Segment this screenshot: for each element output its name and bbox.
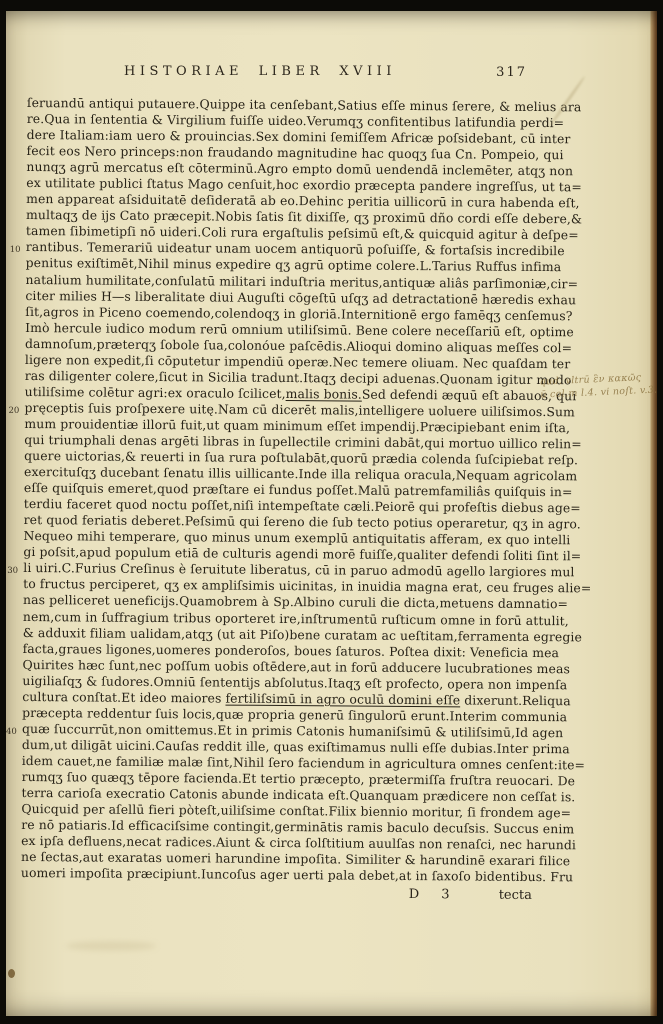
catchword: tecta (499, 888, 532, 903)
catchword-row: D 3 tecta (21, 884, 538, 906)
paper-stain (66, 941, 156, 951)
text-block: ſeruandū antiqui putauere.Quippe ita cen… (21, 95, 544, 906)
margin-line-number: 20 (8, 403, 19, 419)
margin-line-number: 30 (7, 563, 18, 579)
margin-line-number: 40 (6, 724, 17, 740)
running-header: HISTORIAE LIBER XVIII 317 (6, 64, 657, 82)
ink-smudge (8, 969, 15, 978)
header-title: HISTORIAE LIBER XVIII (124, 64, 396, 79)
underlined-phrase: fertiliſsimū in agro oculū domini eſſe (225, 690, 460, 707)
margin-line-number: 10 (10, 242, 21, 258)
page-number: 317 (496, 65, 527, 80)
signature-mark: D 3 (409, 887, 459, 902)
book-page: HISTORIAE LIBER XVIII 317 ſeruandū antiq… (6, 11, 657, 1016)
text-line: uomeri impoſita præcipiunt.Iuncoſus ager… (21, 865, 538, 885)
underlined-phrase: malis bonis. (286, 386, 362, 402)
handwritten-margin-note: qud. vltrū ἓν κακῶς ū col.m l.4. vi noſt… (539, 370, 660, 401)
